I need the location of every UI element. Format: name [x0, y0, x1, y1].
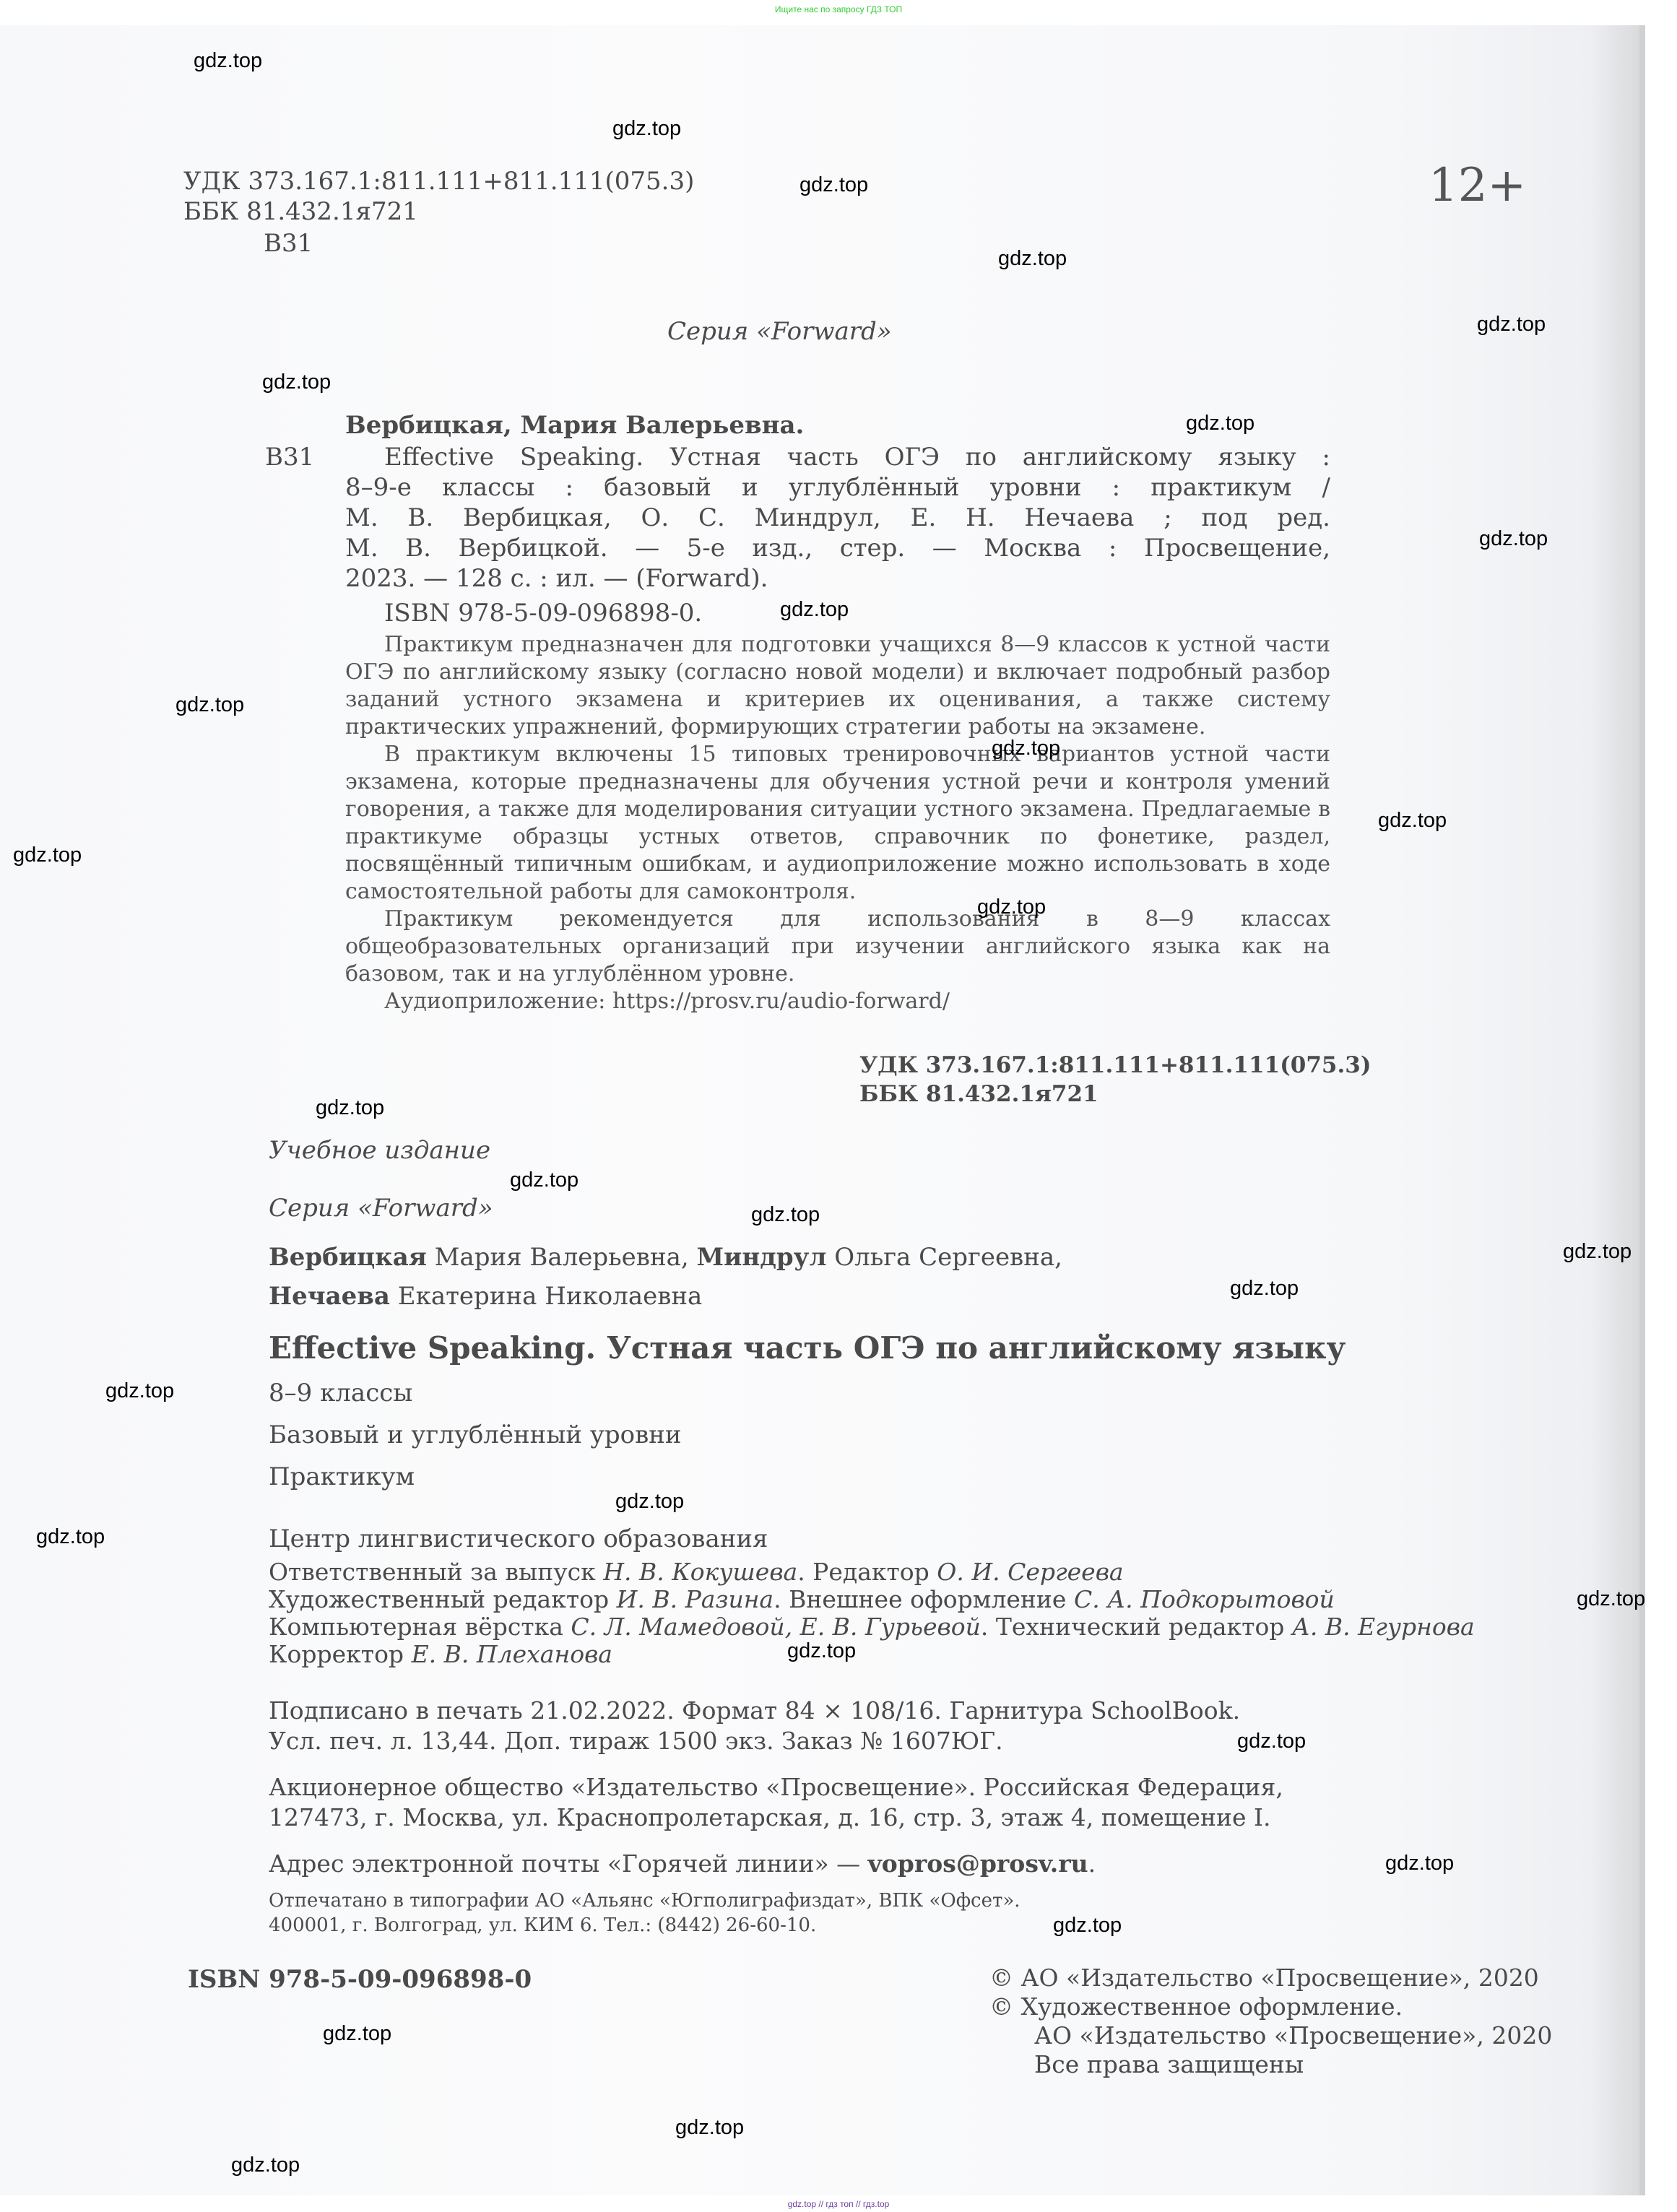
staff-role: Компьютерная вёрстка	[269, 1613, 571, 1641]
staff-role: . Внешнее оформление	[773, 1585, 1074, 1613]
top-banner[interactable]: Ищите нас по запросу ГДЗ ТОП	[0, 4, 1677, 14]
watermark-text: gdz.top	[1378, 809, 1447, 833]
watermark-text: gdz.top	[1230, 1277, 1299, 1301]
author-surname: Миндрул	[697, 1243, 827, 1272]
staff-person: А. В. Егурнова	[1292, 1613, 1475, 1641]
watermark-text: gdz.top	[1563, 1240, 1631, 1264]
staff-role: Корректор	[269, 1640, 412, 1668]
watermark-text: gdz.top	[799, 173, 868, 197]
imprint-title: Effective Speaking. Устная часть ОГЭ по …	[269, 1330, 1345, 1366]
watermark-text: gdz.top	[787, 1639, 856, 1663]
watermark-text: gdz.top	[992, 737, 1060, 760]
annotation-paragraph: Практикум предназначен для подготовки уч…	[345, 631, 1330, 741]
staff-role: . Технический редактор	[981, 1613, 1292, 1641]
imprint-series: Серия «Forward»	[269, 1194, 493, 1222]
card-line-5: 2023. — 128 с. : ил. — (Forward).	[345, 565, 768, 592]
watermark-text: gdz.top	[1053, 1914, 1122, 1938]
imprint-authors-line-1: Вербицкая Мария Валерьевна, Миндрул Ольг…	[269, 1244, 1062, 1271]
staff-person: С. А. Подкорытовой	[1074, 1585, 1335, 1613]
imprint-authors-line-2: Нечаева Екатерина Николаевна	[269, 1283, 702, 1310]
bottom-banner[interactable]: gdz.top // гдз топ // гдз.top	[0, 2199, 1677, 2209]
edition-type: Учебное издание	[269, 1137, 490, 1164]
printed-line-2: 400001, г. Волгоград, ул. КИМ 6. Тел.: (…	[269, 1914, 816, 1937]
publisher-line-2: 127473, г. Москва, ул. Краснопролетарска…	[269, 1804, 1271, 1831]
imprint-levels: Базовый и углублённый уровни	[269, 1421, 682, 1449]
staff-person: Е. В. Плеханова	[412, 1640, 612, 1668]
watermark-text: gdz.top	[1479, 527, 1548, 551]
hotline-prefix: Адрес электронной почты «Горячей линии» …	[269, 1849, 868, 1878]
imprint-grades: 8–9 классы	[269, 1379, 412, 1407]
imprint-center: Центр лингвистического образования	[269, 1525, 768, 1553]
footer-isbn: ISBN 978-5-09-096898-0	[188, 1966, 532, 1993]
author-name: Екатерина Николаевна	[390, 1282, 702, 1311]
watermark-text: gdz.top	[175, 693, 244, 717]
watermark-text: gdz.top	[977, 895, 1046, 919]
staff-role: Художественный редактор	[269, 1585, 617, 1613]
watermark-text: gdz.top	[1577, 1587, 1645, 1611]
age-rating: 12+	[1429, 159, 1526, 212]
copyright-line-3: АО «Издательство «Просвещение», 2020	[1034, 2022, 1552, 2050]
page-edge-shadow	[1639, 25, 1645, 2195]
udk-code: УДК 373.167.1:811.111+811.111(075.3)	[183, 168, 694, 195]
copyright-line-4: Все права защищены	[1034, 2051, 1304, 2078]
watermark-text: gdz.top	[615, 1490, 684, 1514]
audio-link[interactable]: Аудиоприложение: https://prosv.ru/audio-…	[345, 988, 1330, 1015]
staff-role: . Редактор	[797, 1558, 937, 1586]
card-line-1: Effective Speaking. Устная часть ОГЭ по …	[384, 443, 1330, 471]
author-name: Ольга Сергеевна,	[826, 1243, 1062, 1272]
annotation-paragraph: Практикум рекомендуется для использовани…	[345, 906, 1330, 988]
watermark-text: gdz.top	[36, 1525, 105, 1549]
copyright-line-1: © АО «Издательство «Просвещение», 2020	[989, 1964, 1539, 1992]
watermark-text: gdz.top	[510, 1168, 578, 1192]
watermark-text: gdz.top	[316, 1096, 384, 1120]
staff-credit-line: Корректор Е. В. Плеханова	[269, 1641, 1475, 1668]
staff-credit-line: Художественный редактор И. В. Разина. Вн…	[269, 1586, 1475, 1613]
staff-person: И. В. Разина	[617, 1585, 774, 1613]
print-line-2: Усл. печ. л. 13,44. Доп. тираж 1500 экз.…	[269, 1727, 1003, 1755]
watermark-text: gdz.top	[13, 843, 82, 867]
watermark-text: gdz.top	[1477, 313, 1546, 337]
card-code: В31	[265, 443, 314, 471]
card-line-4: М. В. Вербицкой. — 5-е изд., стер. — Мос…	[345, 534, 1330, 562]
watermark-text: gdz.top	[323, 2022, 391, 2046]
watermark-text: gdz.top	[751, 1203, 820, 1227]
imprint-type: Практикум	[269, 1463, 415, 1491]
card-udk: УДК 373.167.1:811.111+811.111(075.3)	[859, 1051, 1371, 1079]
watermark-text: gdz.top	[780, 598, 849, 622]
staff-person: Н. В. Кокушева	[603, 1558, 797, 1586]
staff-credits: Ответственный за выпуск Н. В. Кокушева. …	[269, 1558, 1475, 1668]
publisher-line-1: Акционерное общество «Издательство «Прос…	[269, 1774, 1283, 1801]
hotline-line: Адрес электронной почты «Горячей линии» …	[269, 1850, 1096, 1878]
card-annotation: Практикум предназначен для подготовки уч…	[345, 631, 1330, 1015]
hotline-suffix: .	[1088, 1849, 1096, 1878]
author-surname: Вербицкая	[269, 1243, 427, 1272]
printed-line-1: Отпечатано в типографии АО «Альянс «Югпо…	[269, 1889, 1020, 1912]
staff-credit-line: Компьютерная вёрстка С. Л. Мамедовой, Е.…	[269, 1613, 1475, 1641]
watermark-text: gdz.top	[1237, 1730, 1306, 1753]
card-line-3: М. В. Вербицкая, О. С. Миндрул, Е. Н. Не…	[345, 504, 1330, 532]
watermark-text: gdz.top	[105, 1379, 174, 1403]
watermark-text: gdz.top	[612, 117, 681, 141]
staff-role: Ответственный за выпуск	[269, 1558, 603, 1586]
annotation-paragraph: В практикум включены 15 типовых трениров…	[345, 741, 1330, 906]
series-label: Серия «Forward»	[667, 318, 892, 345]
watermark-text: gdz.top	[231, 2154, 300, 2177]
watermark-text: gdz.top	[998, 247, 1067, 271]
card-line-2: 8–9-е классы : базовый и углублённый уро…	[345, 474, 1330, 501]
watermark-text: gdz.top	[1385, 1852, 1454, 1875]
staff-person: С. Л. Мамедовой, Е. В. Гурьевой	[571, 1613, 980, 1641]
watermark-text: gdz.top	[194, 49, 262, 73]
print-line-1: Подписано в печать 21.02.2022. Формат 84…	[269, 1697, 1240, 1725]
card-isbn: ISBN 978-5-09-096898-0.	[384, 599, 702, 627]
author-name: Мария Валерьевна,	[427, 1243, 697, 1272]
staff-person: О. И. Сергеева	[937, 1558, 1123, 1586]
card-author: Вербицкая, Мария Валерьевна.	[345, 412, 804, 439]
hotline-email-link[interactable]: vopros@prosv.ru	[868, 1849, 1088, 1878]
author-surname: Нечаева	[269, 1282, 390, 1311]
copyright-line-2: © Художественное оформление.	[989, 1993, 1403, 2021]
card-bbk: ББК 81.432.1я721	[859, 1080, 1098, 1108]
bbk-code: ББК 81.432.1я721	[183, 198, 418, 225]
watermark-text: gdz.top	[1186, 412, 1254, 435]
staff-credit-line: Ответственный за выпуск Н. В. Кокушева. …	[269, 1558, 1475, 1586]
watermark-text: gdz.top	[262, 370, 331, 394]
watermark-text: gdz.top	[675, 2116, 744, 2140]
catalog-code: В31	[264, 230, 313, 257]
